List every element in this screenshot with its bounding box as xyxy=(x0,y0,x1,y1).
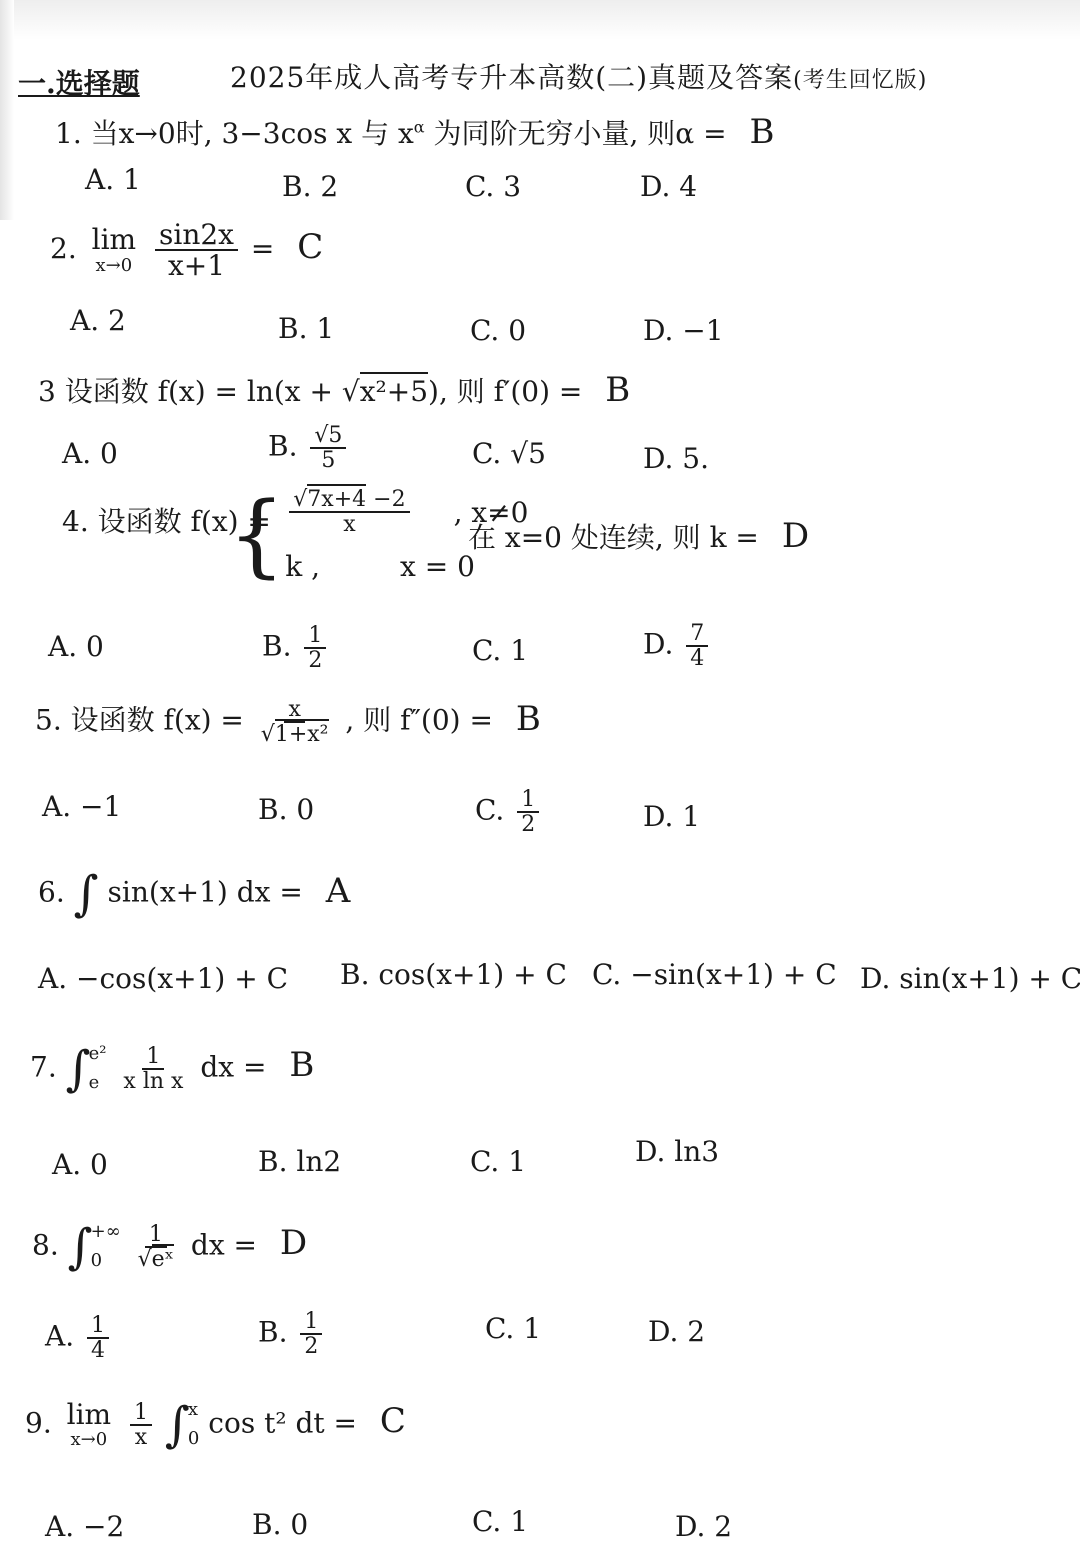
option-b: B. 2 xyxy=(282,170,338,203)
option-c: C. 1 xyxy=(472,1505,528,1538)
option-c: C. √5 xyxy=(472,437,546,470)
question-1: 1. 当x→0时, 3−3cos x 与 xα 为同阶无穷小量, 则α = B xyxy=(55,112,774,152)
answer: D xyxy=(782,516,809,556)
paper-edge xyxy=(0,0,14,220)
answer: B xyxy=(605,370,630,410)
integral-symbol: ∫ xyxy=(68,1223,93,1271)
numerator: sin2x xyxy=(155,220,238,251)
question-number: 1. xyxy=(55,117,82,150)
fraction: √7x+4 −2 x xyxy=(289,488,409,536)
fraction: 1 4 xyxy=(87,1314,109,1362)
question-number: 5. xyxy=(35,704,62,737)
option-c: C. 3 xyxy=(465,170,521,203)
question-number: 3 xyxy=(38,375,56,408)
numerator: 1 xyxy=(304,624,326,649)
fraction: 1 2 xyxy=(304,624,326,672)
integral-symbol: ∫ xyxy=(66,1045,91,1093)
option-b: B. 0 xyxy=(258,793,314,826)
answer: D xyxy=(280,1223,307,1263)
section-heading: 一.选择题 xyxy=(18,62,140,102)
option-c: C. 0 xyxy=(470,314,526,347)
integral-symbol: ∫ xyxy=(165,1401,190,1449)
option-a: A. 0 xyxy=(48,630,104,663)
question-stem: 设函数 f(x) = xyxy=(71,704,244,737)
option-d: D. 2 xyxy=(648,1315,705,1348)
option-b: B. 1 2 xyxy=(258,1310,326,1358)
upper-limit: x xyxy=(188,1396,199,1425)
answer: B xyxy=(289,1045,314,1085)
question-number: 4. xyxy=(62,505,89,538)
denominator: 2 xyxy=(517,813,539,836)
option-d: D. ln3 xyxy=(635,1135,719,1168)
question-stem-suffix: 在 x=0 处连续, 则 k = xyxy=(468,521,759,554)
option-a: A. 2 xyxy=(70,304,126,337)
answer: A xyxy=(326,871,351,911)
equals-sign: = xyxy=(251,232,274,265)
question-8: 8. ∫ +∞ 0 1 √eˣ dx = D xyxy=(32,1218,307,1276)
denominator: x+1 xyxy=(164,251,229,280)
upper-limit: +∞ xyxy=(91,1218,121,1247)
denominator: x xyxy=(339,513,359,536)
fraction: 1 2 xyxy=(300,1310,322,1358)
option-b: B. 0 xyxy=(252,1508,308,1541)
option-label: B. xyxy=(258,1316,287,1349)
integral-tail: dx = xyxy=(200,1050,266,1083)
answer: C xyxy=(380,1401,406,1441)
option-c: C. −sin(x+1) + C xyxy=(592,958,837,991)
question-6: 6. ∫ sin(x+1) dx = A xyxy=(38,870,350,918)
lower-limit: 0 xyxy=(188,1425,199,1454)
answer: B xyxy=(516,699,541,739)
option-c: C. 1 xyxy=(485,1312,541,1345)
question-stem-suffix: ), 则 f′(0) = xyxy=(428,375,582,408)
fraction: sin2x x+1 xyxy=(155,220,238,281)
option-d: D. −1 xyxy=(643,314,724,347)
integrand: sin(x+1) dx = xyxy=(108,876,303,909)
question-9: 9. lim x→0 1 x ∫ x 0 cos t² dt = C xyxy=(25,1396,406,1454)
integral-symbol: ∫ xyxy=(74,870,99,918)
question-number: 9. xyxy=(25,1406,52,1439)
denominator: 4 xyxy=(686,647,708,670)
option-b: B. cos(x+1) + C xyxy=(340,958,567,991)
numerator: √5 xyxy=(310,424,346,449)
option-a: A. 0 xyxy=(62,437,118,470)
option-d: D. 1 xyxy=(643,800,700,833)
question-number: 7. xyxy=(30,1050,57,1083)
brace-symbol: { xyxy=(228,491,285,581)
fraction: 1 √eˣ xyxy=(134,1223,178,1271)
option-label: B. xyxy=(262,630,291,663)
option-b: B. 1 xyxy=(278,312,334,345)
page-title: 2025年成人高考专升本高数(二)真题及答案(考生回忆版) xyxy=(230,56,927,96)
limit-expression: lim x→0 xyxy=(67,1400,111,1451)
lim-word: lim xyxy=(67,1400,111,1431)
option-d: D. 4 xyxy=(640,170,697,203)
option-d: D. 5. xyxy=(643,442,709,475)
question-4-stem-suffix: 在 x=0 处连续, 则 k = D xyxy=(468,516,809,556)
title-text: 2025年成人高考专升本高数(二)真题及答案 xyxy=(230,61,793,94)
option-label: C. xyxy=(475,794,504,827)
option-a: A. −1 xyxy=(42,790,121,823)
denominator: x xyxy=(131,1426,151,1449)
option-b: B. 1 2 xyxy=(262,624,330,672)
question-3: 3 设函数 f(x) = ln(x + √x²+5), 则 f′(0) = B xyxy=(38,370,630,410)
answer: C xyxy=(297,227,323,267)
numerator: 1 xyxy=(300,1310,322,1335)
option-a: A. −cos(x+1) + C xyxy=(38,962,288,995)
option-c: C. 1 xyxy=(470,1145,526,1178)
integral-tail: dx = xyxy=(191,1228,257,1261)
denominator: 5 xyxy=(317,449,339,472)
numerator-rest: −2 xyxy=(366,487,405,512)
option-c: C. 1 2 xyxy=(475,788,543,836)
lim-subscript: x→0 xyxy=(96,256,133,276)
limit-expression: lim x→0 xyxy=(92,225,136,276)
coefficient-fraction: 1 x xyxy=(130,1401,152,1449)
radical: eˣ xyxy=(152,1244,174,1272)
case-2-condition: x = 0 xyxy=(400,550,475,583)
numerator: 1 xyxy=(130,1401,152,1426)
question-number: 6. xyxy=(38,876,65,909)
paper-shadow xyxy=(0,0,1080,40)
question-number: 8. xyxy=(32,1228,59,1261)
question-stem-suffix: , 则 f″(0) = xyxy=(345,704,493,737)
question-stem: 设函数 f(x) = ln(x + xyxy=(65,375,342,408)
denominator: 2 xyxy=(304,649,326,672)
option-label: A. xyxy=(45,1320,74,1353)
lower-limit: 0 xyxy=(91,1247,121,1276)
fraction: 7 4 xyxy=(686,622,708,670)
option-label: B. xyxy=(268,430,297,463)
title-note: (考生回忆版) xyxy=(793,68,927,93)
lower-limit: e xyxy=(89,1069,107,1098)
fraction: √5 5 xyxy=(310,424,346,472)
fraction: 1 x ln x xyxy=(119,1045,187,1093)
question-stem-suffix: 为同阶无穷小量, 则α = xyxy=(425,117,727,150)
option-c: C. 1 xyxy=(472,634,528,667)
question-7: 7. ∫ e² e 1 x ln x dx = B xyxy=(30,1040,314,1098)
integrand: cos t² dt = xyxy=(208,1406,357,1439)
option-b: B. √5 5 xyxy=(268,424,350,472)
radical: x²+5 xyxy=(360,372,428,408)
question-number: 2. xyxy=(50,232,77,265)
denominator: 2 xyxy=(300,1335,322,1358)
question-2: 2. lim x→0 sin2x x+1 = C xyxy=(50,220,323,281)
denominator: x ln x xyxy=(119,1070,187,1093)
upper-limit: e² xyxy=(89,1040,107,1069)
fraction: x √1+x² xyxy=(257,698,333,746)
exponent: α xyxy=(414,118,425,137)
denominator: 4 xyxy=(87,1339,109,1362)
option-a: A. 1 xyxy=(85,163,141,196)
option-b: B. ln2 xyxy=(258,1145,341,1178)
numerator: 1 xyxy=(87,1314,109,1339)
case-2-value: k , xyxy=(285,550,320,583)
question-stem: 当x→0时, 3−3cos x 与 x xyxy=(91,117,414,150)
question-5: 5. 设函数 f(x) = x √1+x² , 则 f″(0) = B xyxy=(35,698,541,746)
numerator: 1 xyxy=(142,1045,164,1070)
lim-word: lim xyxy=(92,225,136,256)
numerator: 1 xyxy=(517,788,539,813)
radical: 1+x² xyxy=(275,719,329,747)
option-d: D. 2 xyxy=(675,1510,732,1543)
option-d: D. sin(x+1) + C xyxy=(860,962,1080,995)
option-a: A. −2 xyxy=(45,1510,124,1543)
radical: 7x+4 xyxy=(307,484,366,512)
answer: B xyxy=(749,112,774,152)
lim-subscript: x→0 xyxy=(71,1430,108,1450)
fraction: 1 2 xyxy=(517,788,539,836)
option-a: A. 1 4 xyxy=(45,1314,113,1362)
option-d: D. 7 4 xyxy=(643,622,712,670)
numerator: 7 xyxy=(686,622,708,647)
option-a: A. 0 xyxy=(52,1148,108,1181)
option-label: D. xyxy=(643,628,673,661)
